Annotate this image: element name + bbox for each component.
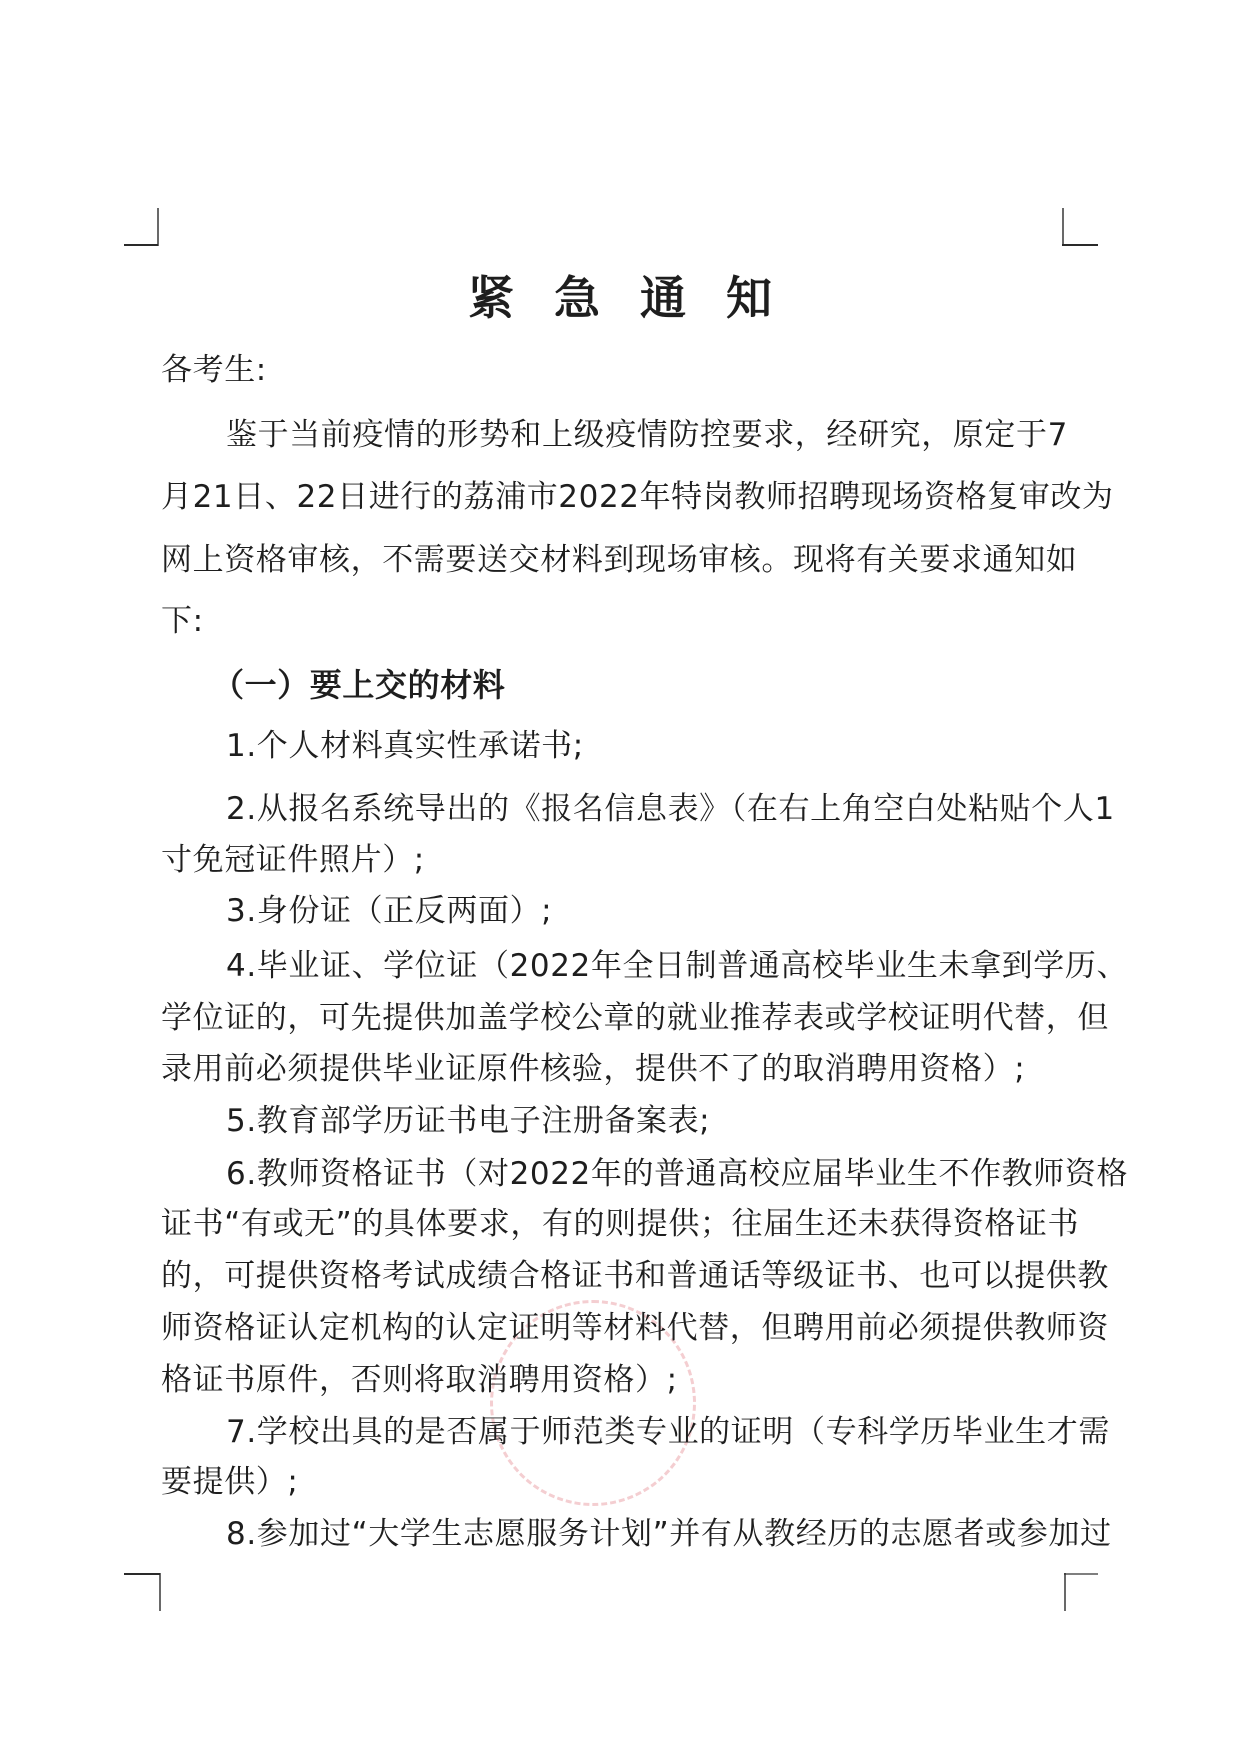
list-item-8: 8.参加过“大学生志愿服务计划”并有从教经历的志愿者或参加过 (226, 1514, 1112, 1554)
list-item-5: 5.教育部学历证书电子注册备案表; (226, 1101, 710, 1141)
corner-mark-bottom-right-h (1064, 1573, 1098, 1575)
salutation: 各考生: (161, 350, 267, 390)
intro-line-1: 鉴于当前疫情的形势和上级疫情防控要求，经研究，原定于7 (226, 415, 1068, 455)
document-title: 紧急通知 (0, 270, 1240, 326)
list-item-1: 1.个人材料真实性承诺书; (226, 726, 584, 766)
corner-mark-bottom-left-h (124, 1573, 160, 1575)
list-item-4: 4.毕业证、学位证（2022年全日制普通高校毕业生未拿到学历、 (226, 946, 1128, 986)
list-item-3: 3.身份证（正反两面）; (226, 891, 552, 931)
document-title-text: 紧急通知 (428, 271, 812, 325)
list-item-6-cont-4: 格证书原件，否则将取消聘用资格）; (161, 1360, 678, 1400)
list-item-4-cont-1: 学位证的，可先提供加盖学校公章的就业推荐表或学校证明代替，但 (161, 998, 1109, 1038)
list-item-6-cont-2: 的，可提供资格考试成绩合格证书和普通话等级证书、也可以提供教 (161, 1256, 1109, 1296)
intro-line-3: 网上资格审核，不需要送交材料到现场审核。现将有关要求通知如 (161, 540, 1077, 580)
list-item-2: 2.从报名系统导出的《报名信息表》（在右上角空白处粘贴个人1 (226, 789, 1115, 829)
corner-mark-bottom-right-v (1064, 1573, 1066, 1611)
corner-mark-top-right-v (1062, 208, 1064, 246)
list-item-7-cont: 要提供）; (161, 1462, 298, 1502)
intro-line-4: 下: (161, 601, 204, 641)
list-item-6-cont-3: 师资格证认定机构的认定证明等材料代替，但聘用前必须提供教师资 (161, 1308, 1109, 1348)
list-item-7: 7.学校出具的是否属于师范类专业的证明（专科学历毕业生才需 (226, 1412, 1110, 1452)
corner-mark-top-right-h (1062, 244, 1098, 246)
list-item-4-cont-2: 录用前必须提供毕业证原件核验，提供不了的取消聘用资格）; (161, 1049, 1025, 1089)
corner-mark-top-left-v (157, 208, 159, 246)
section-heading: （一）要上交的材料 (212, 665, 505, 705)
intro-line-2: 月21日、22日进行的荔浦市2022年特岗教师招聘现场资格复审改为 (161, 477, 1114, 517)
corner-mark-top-left-h (124, 244, 158, 246)
list-item-6: 6.教师资格证书（对2022年的普通高校应届毕业生不作教师资格 (226, 1154, 1128, 1194)
corner-mark-bottom-left-v (159, 1573, 161, 1611)
list-item-2-cont: 寸免冠证件照片）; (161, 840, 425, 880)
list-item-6-cont-1: 证书“有或无”的具体要求，有的则提供；往届生还未获得资格证书 (161, 1204, 1079, 1244)
